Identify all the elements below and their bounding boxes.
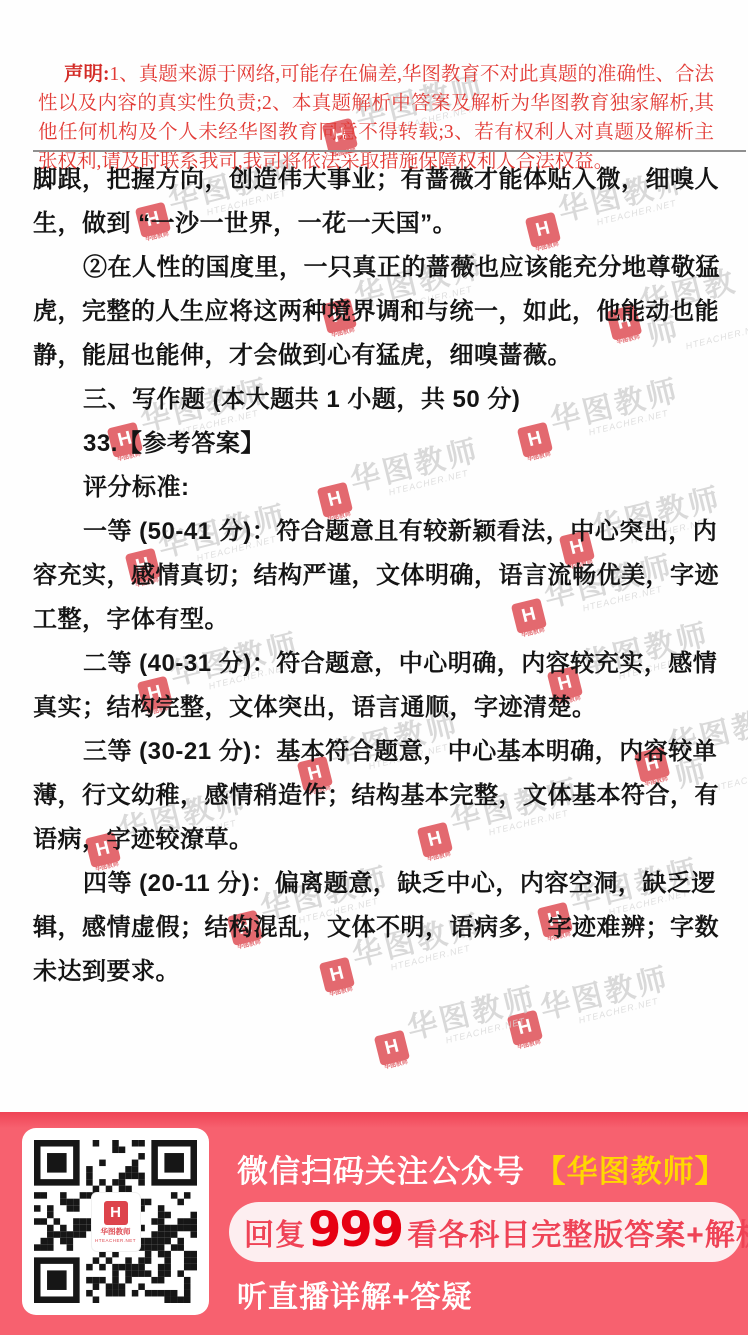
promo-banner: H 华图教师 HTEACHER.NET 微信扫码关注公众号 【华图教师】 回复 … xyxy=(0,1112,748,1335)
text-line: 语病，字迹较潦草。 xyxy=(33,818,716,862)
separator-line xyxy=(33,150,746,152)
qr-badge-domain: HTEACHER.NET xyxy=(95,1238,136,1243)
watermark-logo-caption: 华图教师 xyxy=(381,1059,412,1073)
wechat-follow-text: 微信扫码关注公众号 【华图教师】 xyxy=(237,1146,727,1191)
huatu-logo-icon: H xyxy=(104,1201,128,1225)
text-line: 工整，字体有型。 xyxy=(33,598,716,642)
text-line: 薄，行文幼稚，感情稍造作；结构基本完整，文体基本符合，有 xyxy=(33,774,716,818)
text-line: 真实；结构完整，文体突出，语言通顺，字迹清楚。 xyxy=(33,686,716,730)
text-line: 辑，感情虚假；结构混乱，文体不明，语病多，字迹难辨；字数 xyxy=(33,906,716,950)
qr-center-badge: H 华图教师 HTEACHER.NET xyxy=(91,1192,141,1252)
answer-document-body: 脚跟，把握方向，创造伟大事业；有蔷薇才能体贴入微，细嗅人生，做到 “一沙一世界，… xyxy=(33,158,716,994)
text-line: 三、写作题 (本大题共 1 小题，共 50 分) xyxy=(33,378,716,422)
pill-suffix-text: 看各科目完整版答案+解析 xyxy=(407,1210,748,1254)
pill-prefix-text: 回复 xyxy=(244,1210,306,1254)
text-line: 静，能屈也能伸，才会做到心有猛虎，细嗅蔷薇。 xyxy=(33,334,716,378)
text-line: 三等 (30-21 分)：基本符合题意，中心基本明确，内容较单 xyxy=(33,730,716,774)
reply-keyword-pill: 回复 999 看各科目完整版答案+解析 xyxy=(229,1202,742,1262)
text-line: 生，做到 “一沙一世界，一花一天国”。 xyxy=(33,202,716,246)
exam-answer-page: { "colors":{ "accent_red":"#e23a35", "fo… xyxy=(0,0,748,1335)
huatu-logo-icon: H华图教师 xyxy=(374,1030,410,1066)
disclaimer-notice: 声明:1、真题来源于网络,可能存在偏差,华图教育不对此真题的准确性、合法性以及内… xyxy=(38,60,714,176)
text-line: 四等 (20-11 分)：偏离题意，缺乏中心，内容空洞，缺乏逻 xyxy=(33,862,716,906)
huatu-logo-icon: H华图教师 xyxy=(507,1010,543,1046)
text-line: 容充实，感情真切；结构严谨，文体明确，语言流畅优美，字迹 xyxy=(33,554,716,598)
text-line: ②在人性的国度里，一只真正的蔷薇也应该能充分地尊敬猛 xyxy=(33,246,716,290)
text-line: 33.【参考答案】 xyxy=(33,422,716,466)
text-line: 二等 (40-31 分)：符合题意，中心明确，内容较充实，感情 xyxy=(33,642,716,686)
text-line: 未达到要求。 xyxy=(33,950,716,994)
text-line: 评分标准: xyxy=(33,466,716,510)
text-line: 虎，完整的人生应将这两种境界调和与统一，如此，他能动也能 xyxy=(33,290,716,334)
disclaimer-text: 1、真题来源于网络,可能存在偏差,华图教育不对此真题的准确性、合法性以及内容的真… xyxy=(38,64,714,172)
watermark-domain-text: HTEACHER.NET xyxy=(578,992,676,1025)
disclaimer-label: 声明: xyxy=(64,64,110,85)
brand-watermark: H华图教师 华图教师 HTEACHER.NET xyxy=(370,983,543,1066)
livestream-text: 听直播详解+答疑 xyxy=(237,1272,473,1316)
brand-highlight: 【华图教师】 xyxy=(535,1154,727,1189)
qr-badge-brand: 华图教师 xyxy=(101,1226,131,1237)
pill-keyword-number: 999 xyxy=(308,1206,402,1254)
watermark-logo-caption: 华图教师 xyxy=(514,1039,545,1053)
text-line: 一等 (50-41 分)：符合题意且有较新颖看法，中心突出，内 xyxy=(33,510,716,554)
qr-code: H 华图教师 HTEACHER.NET xyxy=(22,1128,209,1315)
watermark-domain-text: HTEACHER.NET xyxy=(445,1012,543,1045)
